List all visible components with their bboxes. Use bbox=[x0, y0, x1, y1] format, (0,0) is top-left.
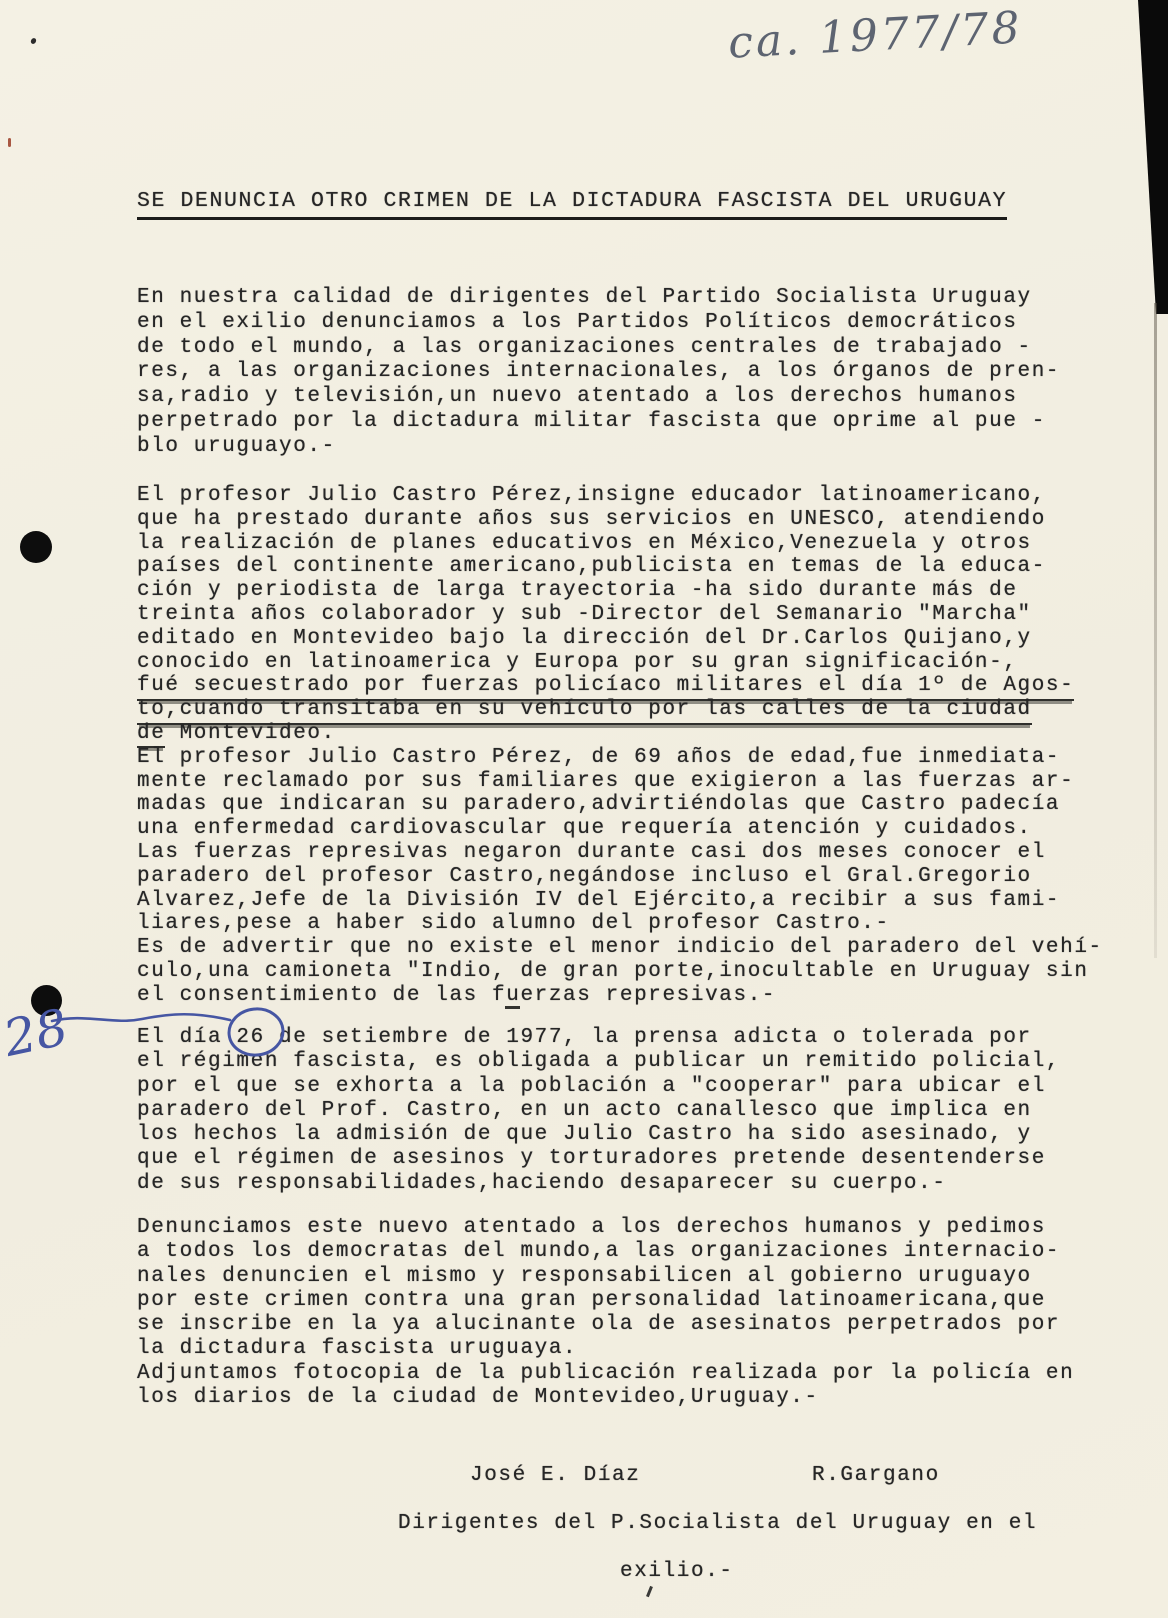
scan-black-corner bbox=[1106, 0, 1168, 314]
text-line: en el exilio denunciamos a los Partidos … bbox=[137, 311, 1060, 336]
text-line: En nuestra calidad de dirigentes del Par… bbox=[137, 286, 1060, 311]
text-line: de sus responsabilidades,haciendo desapa… bbox=[137, 1172, 1060, 1196]
text-line: Adjuntamos fotocopia de la publicación r… bbox=[137, 1362, 1074, 1386]
text-line: to,cuando transitaba en su vehículo por … bbox=[137, 698, 1103, 722]
text-line: países del continente americano,publicis… bbox=[137, 555, 1103, 579]
red-speck bbox=[8, 138, 11, 147]
signature-right: R.Gargano bbox=[812, 1464, 940, 1487]
text-line: nales denuncien el mismo y responsabilic… bbox=[137, 1265, 1074, 1289]
text-line: a todos los democratas del mundo,a las o… bbox=[137, 1240, 1074, 1264]
text-line: de Montevideo. bbox=[137, 722, 1103, 746]
signature-role-line: Dirigentes del P.Socialista del Uruguay … bbox=[398, 1512, 1037, 1535]
text-line: madas que indicaran su paradero,advirtié… bbox=[137, 793, 1103, 817]
text-line: los hechos la admisión de que Julio Cast… bbox=[137, 1123, 1060, 1147]
text-line: perpetrado por la dictadura militar fasc… bbox=[137, 410, 1060, 435]
text-line: Es de advertir que no existe el menor in… bbox=[137, 936, 1103, 960]
text-line: se inscribe en la ya alucinante ola de a… bbox=[137, 1313, 1074, 1337]
text-line: que ha prestado durante años sus servici… bbox=[137, 508, 1103, 532]
text-line: culo,una camioneta "Indio, de gran porte… bbox=[137, 960, 1103, 984]
text-line: blo uruguayo.- bbox=[137, 435, 1060, 460]
document-title: SE DENUNCIA OTRO CRIMEN DE LA DICTADURA … bbox=[137, 189, 1007, 220]
paragraph-denunciation: Denunciamos este nuevo atentado a los de… bbox=[137, 1216, 1074, 1410]
handwritten-date-note: ca. 1977/78 bbox=[727, 2, 1024, 68]
text-line: de todo el mundo, a las organizaciones c… bbox=[137, 336, 1060, 361]
text-line: una enfermedad cardiovascular que requer… bbox=[137, 817, 1103, 841]
text-line: la dictadura fascista uruguaya. bbox=[137, 1337, 1074, 1361]
text-line: por el que se exhorta a la población a "… bbox=[137, 1075, 1060, 1099]
signature-exile-line: exilio.- bbox=[620, 1560, 734, 1583]
text-line: El profesor Julio Castro Pérez, de 69 añ… bbox=[137, 746, 1103, 770]
text-line: editado en Montevideo bajo la dirección … bbox=[137, 627, 1103, 651]
text-line: la realización de planes educativos en M… bbox=[137, 532, 1103, 556]
stray-tick-mark bbox=[646, 1586, 652, 1597]
text-line: Denunciamos este nuevo atentado a los de… bbox=[137, 1216, 1074, 1240]
signature-left: José E. Díaz bbox=[470, 1464, 640, 1487]
scanned-document-page: ca. 1977/78 SE DENUNCIA OTRO CRIMEN DE L… bbox=[0, 0, 1168, 1618]
text-line: que el régimen de asesinos y torturadore… bbox=[137, 1147, 1060, 1171]
paragraph-intro: En nuestra calidad de dirigentes del Par… bbox=[137, 286, 1060, 460]
text-line: res, a las organizaciones internacionale… bbox=[137, 360, 1060, 385]
paragraph-castro-kidnapping: El profesor Julio Castro Pérez,insigne e… bbox=[137, 484, 1103, 1008]
text-line: treinta años colaborador y sub -Director… bbox=[137, 603, 1103, 627]
text-line: sa,radio y televisión,un nuevo atentado … bbox=[137, 385, 1060, 410]
ink-speck bbox=[30, 37, 37, 45]
text-line: Alvarez,Jefe de la División IV del Ejérc… bbox=[137, 889, 1103, 913]
text-line: Las fuerzas represivas negaron durante c… bbox=[137, 841, 1103, 865]
pen-line-and-circle-annotation bbox=[40, 995, 340, 1069]
text-line: liares,pese a haber sido alumno del prof… bbox=[137, 912, 1103, 936]
text-line: por este crimen contra una gran personal… bbox=[137, 1289, 1074, 1313]
text-line: El profesor Julio Castro Pérez,insigne e… bbox=[137, 484, 1103, 508]
paper-edge-line bbox=[1154, 303, 1157, 958]
text-line: fué secuestrado por fuerzas policíaco mi… bbox=[137, 674, 1103, 698]
text-line: los diarios de la ciudad de Montevideo,U… bbox=[137, 1386, 1074, 1410]
hole-punch-top bbox=[20, 531, 52, 563]
text-line: paradero del Prof. Castro, en un acto ca… bbox=[137, 1099, 1060, 1123]
text-line: paradero del profesor Castro,negándose i… bbox=[137, 865, 1103, 889]
text-line: conocido en latinoamerica y Europa por s… bbox=[137, 651, 1103, 675]
text-line: mente reclamado por sus familiares que e… bbox=[137, 770, 1103, 794]
text-line: ción y periodista de larga trayectoria -… bbox=[137, 579, 1103, 603]
stray-dash-mark bbox=[505, 1006, 520, 1009]
